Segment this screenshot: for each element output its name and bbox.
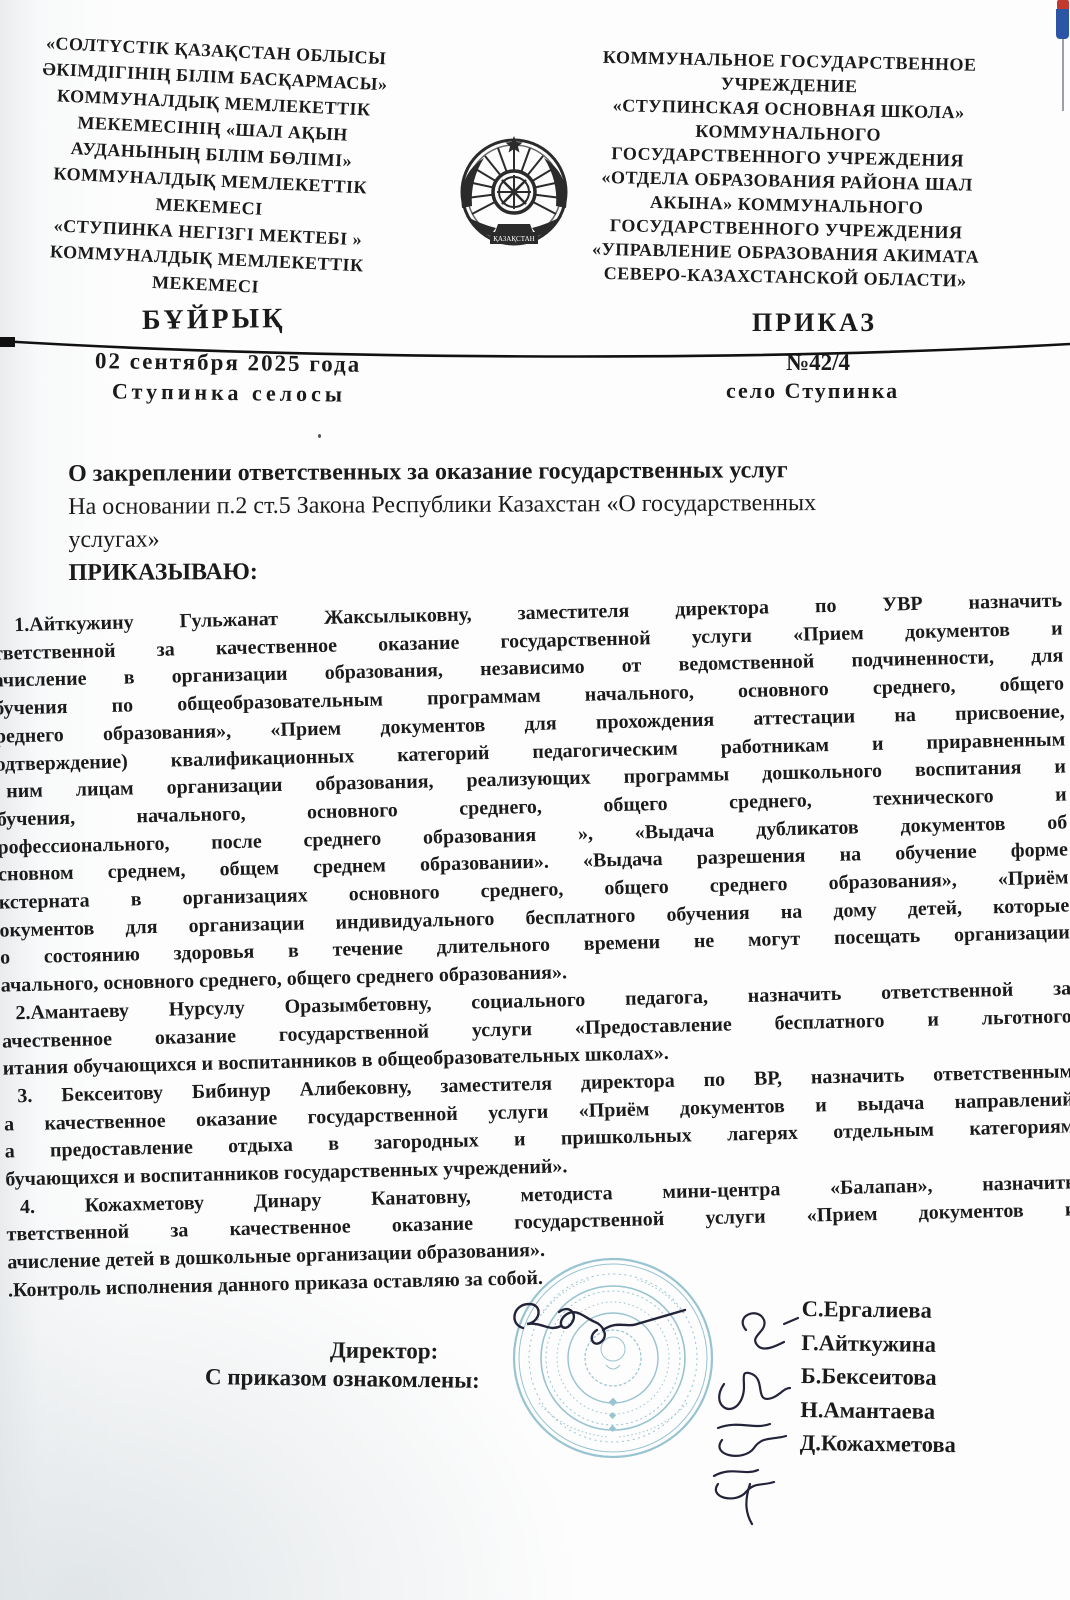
signature-names: С.ЕргалиеваГ.АйткужинаБ.БексеитоваН.Аман…: [800, 1292, 958, 1462]
title-block: О закреплении ответственных за оказание …: [68, 453, 1009, 589]
order-number: №42/4: [786, 350, 850, 376]
director-signature-ink: [485, 1282, 715, 1362]
signature-name: Н.Амантаева: [800, 1392, 956, 1428]
acknowledged-label: С приказом ознакомлены:: [205, 1364, 480, 1394]
order-date: 02 сентября 2025 года: [95, 348, 362, 378]
scanned-order-document: «СОЛТҮСТІК ҚАЗАҚСТАН ОБЛЫСЫ ӘКІМДІГІНІҢ …: [0, 0, 1070, 1600]
basis-line-1: На основании п.2 ст.5 Закона Республики …: [68, 486, 1008, 524]
basis-line-2: услугах»: [68, 519, 1008, 557]
signature-name: С.Ергалиева: [802, 1292, 958, 1328]
signature-name: Б.Бексеитова: [801, 1359, 957, 1395]
scan-artifact-blue: [1056, 9, 1069, 39]
body-lines: 1.Айткужину Гульжанат Жаксылыковну, заме…: [0, 587, 1070, 1305]
scan-artifact-line: [1062, 39, 1064, 111]
signature-name: Д.Кожахметова: [800, 1426, 956, 1462]
emblem-banner-text: ҚАЗАҚСТАН: [493, 235, 535, 243]
order-title: О закреплении ответственных за оказание …: [68, 453, 1008, 491]
kazakhstan-emblem-icon: ҚАЗАҚСТАН: [450, 132, 578, 260]
director-label: Директор:: [330, 1337, 439, 1364]
header-left-organization: «СОЛТҮСТІК ҚАЗАҚСТАН ОБЛЫСЫ ӘКІМДІГІНІҢ …: [0, 28, 428, 307]
command-word: ПРИКАЗЫВАЮ:: [69, 552, 1009, 589]
place-russian: село Ступинка: [726, 378, 899, 404]
signature-name: Г.Айткужина: [801, 1325, 957, 1361]
scan-speck: [318, 434, 321, 438]
place-kazakh: Ступинка селосы: [112, 378, 346, 407]
header-right-organization: КОММУНАЛЬНОЕ ГОСУДАРСТВЕННОЕ УЧРЕЖДЕНИЕ …: [555, 44, 1020, 294]
